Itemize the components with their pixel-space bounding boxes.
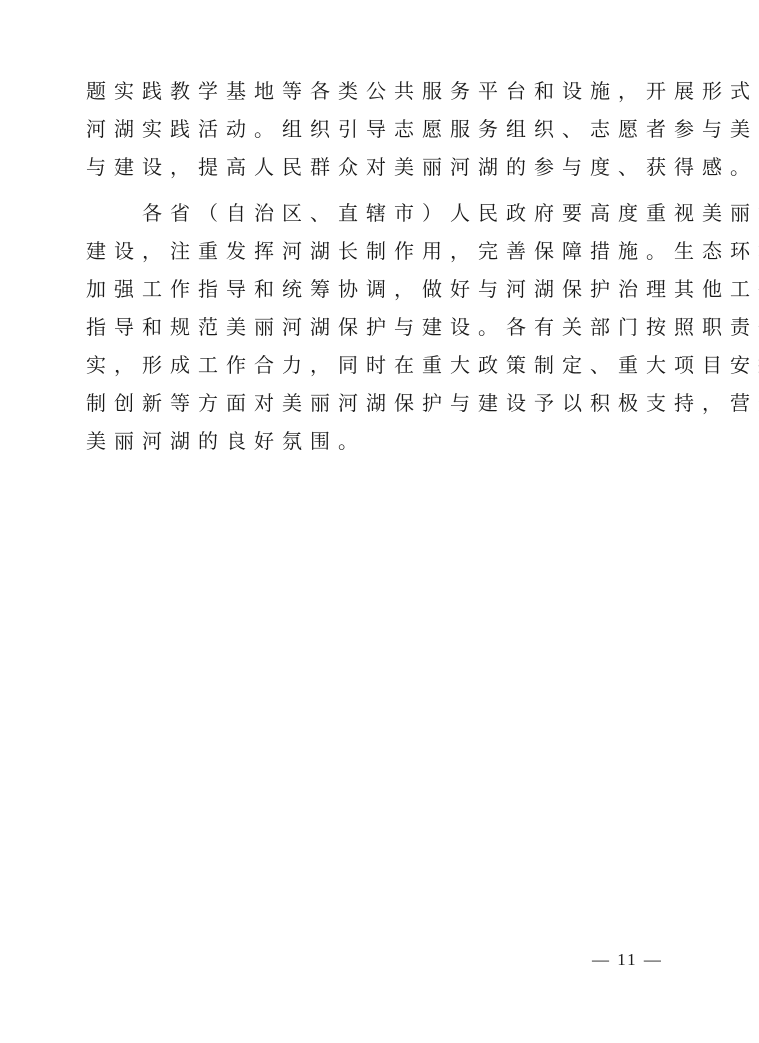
paragraph-public-platforms: 题实践教学基地等各类公共服务平台和设施，开展形式多样的美丽 河湖实践活动。组织引… [86,72,686,186]
text-line: 美丽河湖的良好氛围。 [86,422,686,460]
text-line: 制创新等方面对美丽河湖保护与建设予以积极支持，营造共建共享 [86,384,686,422]
text-line: 与建设，提高人民群众对美丽河湖的参与度、获得感。 [86,148,686,186]
text-line: 建设，注重发挥河湖长制作用，完善保障措施。生态环境部进一步 [86,232,686,270]
paragraph-gap [86,186,686,194]
document-body: 题实践教学基地等各类公共服务平台和设施，开展形式多样的美丽 河湖实践活动。组织引… [86,72,686,460]
text-line: 实，形成工作合力，同时在重大政策制定、重大项目安排、重大体 [86,346,686,384]
text-line: 各省（自治区、直辖市）人民政府要高度重视美丽河湖保护与 [86,194,686,232]
text-line: 加强工作指导和统筹协调，做好与河湖保护治理其他工作的衔接， [86,270,686,308]
text-line: 指导和规范美丽河湖保护与建设。各有关部门按照职责分工抓好落 [86,308,686,346]
text-line: 题实践教学基地等各类公共服务平台和设施，开展形式多样的美丽 [86,72,686,110]
page-number: — 11 — [592,950,663,970]
text-line: 河湖实践活动。组织引导志愿服务组织、志愿者参与美丽河湖保护 [86,110,686,148]
paragraph-provincial-governments: 各省（自治区、直辖市）人民政府要高度重视美丽河湖保护与 建设，注重发挥河湖长制作… [86,194,686,460]
